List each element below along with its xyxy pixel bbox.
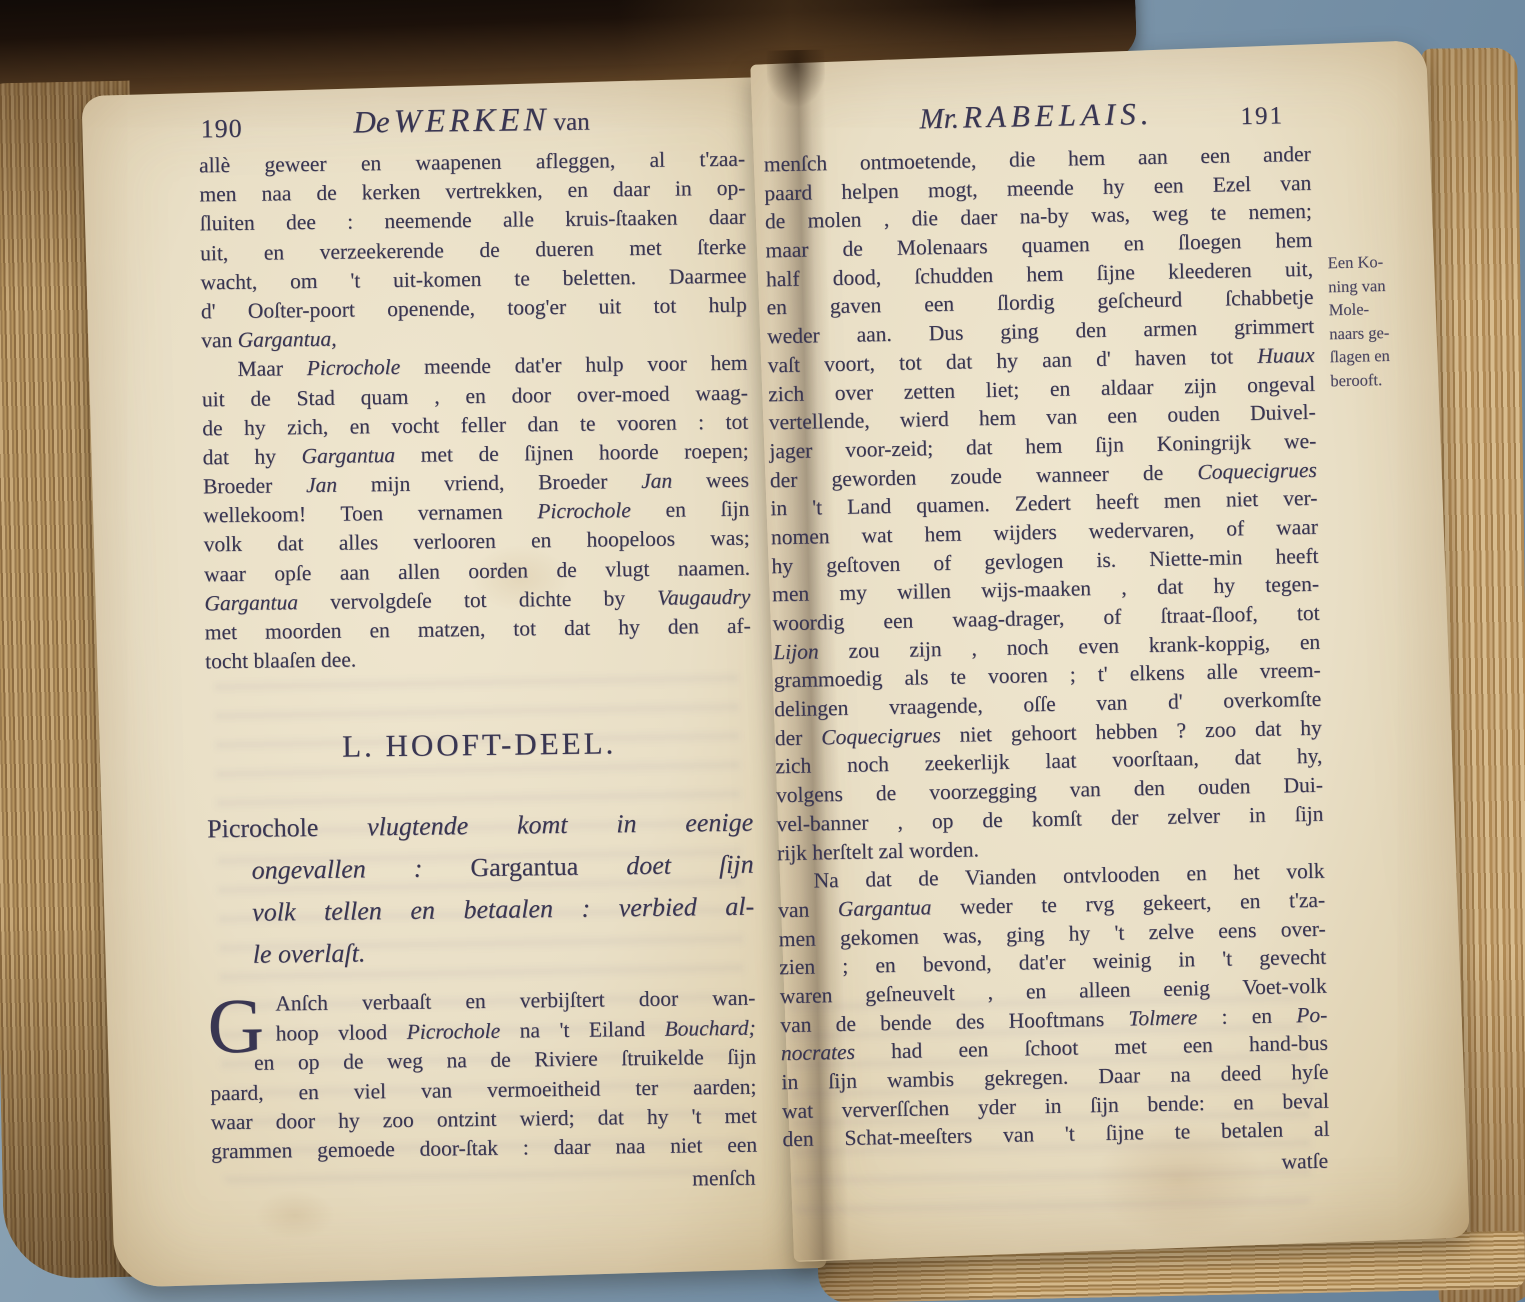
text-line: volk tellen en betaalen : verbied al- <box>208 886 754 935</box>
paragraph: Na dat de Vianden ontvlooden en het volk… <box>777 857 1329 1154</box>
margin-note-line: Mole- <box>1328 296 1441 322</box>
left-running-header: 190 De WERKEN van <box>198 100 745 152</box>
text-line: Picrochole vlugtende komt in eenige <box>207 802 753 851</box>
opening-paragraph: G Anſch verbaaſt en verbijſtert door wan… <box>209 984 757 1167</box>
paragraph: Maar Picrochole meende dat'er hulp voor … <box>201 349 751 677</box>
running-title-de: De <box>353 104 390 139</box>
margin-note-line: naars ge- <box>1329 319 1442 345</box>
right-page-number: 191 <box>1240 102 1284 131</box>
book-photo: 190 De WERKEN van allè geweer en waapene… <box>0 0 1525 1302</box>
running-title-mr: Mr. <box>919 103 959 136</box>
margin-note-line: Een Ko- <box>1327 249 1440 275</box>
right-running-title: Mr. RABELAIS. <box>919 111 1153 132</box>
chapter-heading: L. HOOFT-DEEL. <box>206 722 752 769</box>
running-title-rabelais: RABELAIS. <box>963 96 1154 135</box>
paragraph: Anſch verbaaſt en verbijſtert door wan-h… <box>209 984 757 1167</box>
text-line: ongevallen : Gargantua doet ſijn <box>207 844 753 893</box>
margin-note-line: berooft. <box>1330 366 1443 392</box>
text-line: grammen gemoede door-ſtak : daar naa nie… <box>211 1131 757 1167</box>
paragraph: allè geweer en waapenen afleggen, al t'z… <box>199 145 747 356</box>
text-line: tocht blaaſen dee. <box>205 641 751 677</box>
chapter-summary: Picrochole vlugtende komt in eenigeongev… <box>207 802 755 977</box>
paragraph: menſch ontmoetende, die hem aan een ande… <box>764 140 1325 868</box>
text-line: le overlaſt. <box>208 928 754 977</box>
running-title-van: van <box>553 109 589 136</box>
left-running-title: De WERKEN van <box>353 117 589 137</box>
margin-note-line: ſlagen en <box>1330 343 1443 369</box>
margin-note: Een Ko-ning vanMole-naars ge-ſlagen enbe… <box>1327 249 1442 393</box>
right-page-content: Mr. RABELAIS. 191 menſch ontmoetende, di… <box>763 93 1331 1185</box>
drop-cap-initial: G <box>207 994 264 1059</box>
margin-note-line: ning van <box>1328 272 1441 298</box>
running-title-werken: WERKEN <box>393 102 549 140</box>
left-page-number: 190 <box>200 114 242 145</box>
left-page-content: 190 De WERKEN van allè geweer en waapene… <box>198 100 757 1198</box>
